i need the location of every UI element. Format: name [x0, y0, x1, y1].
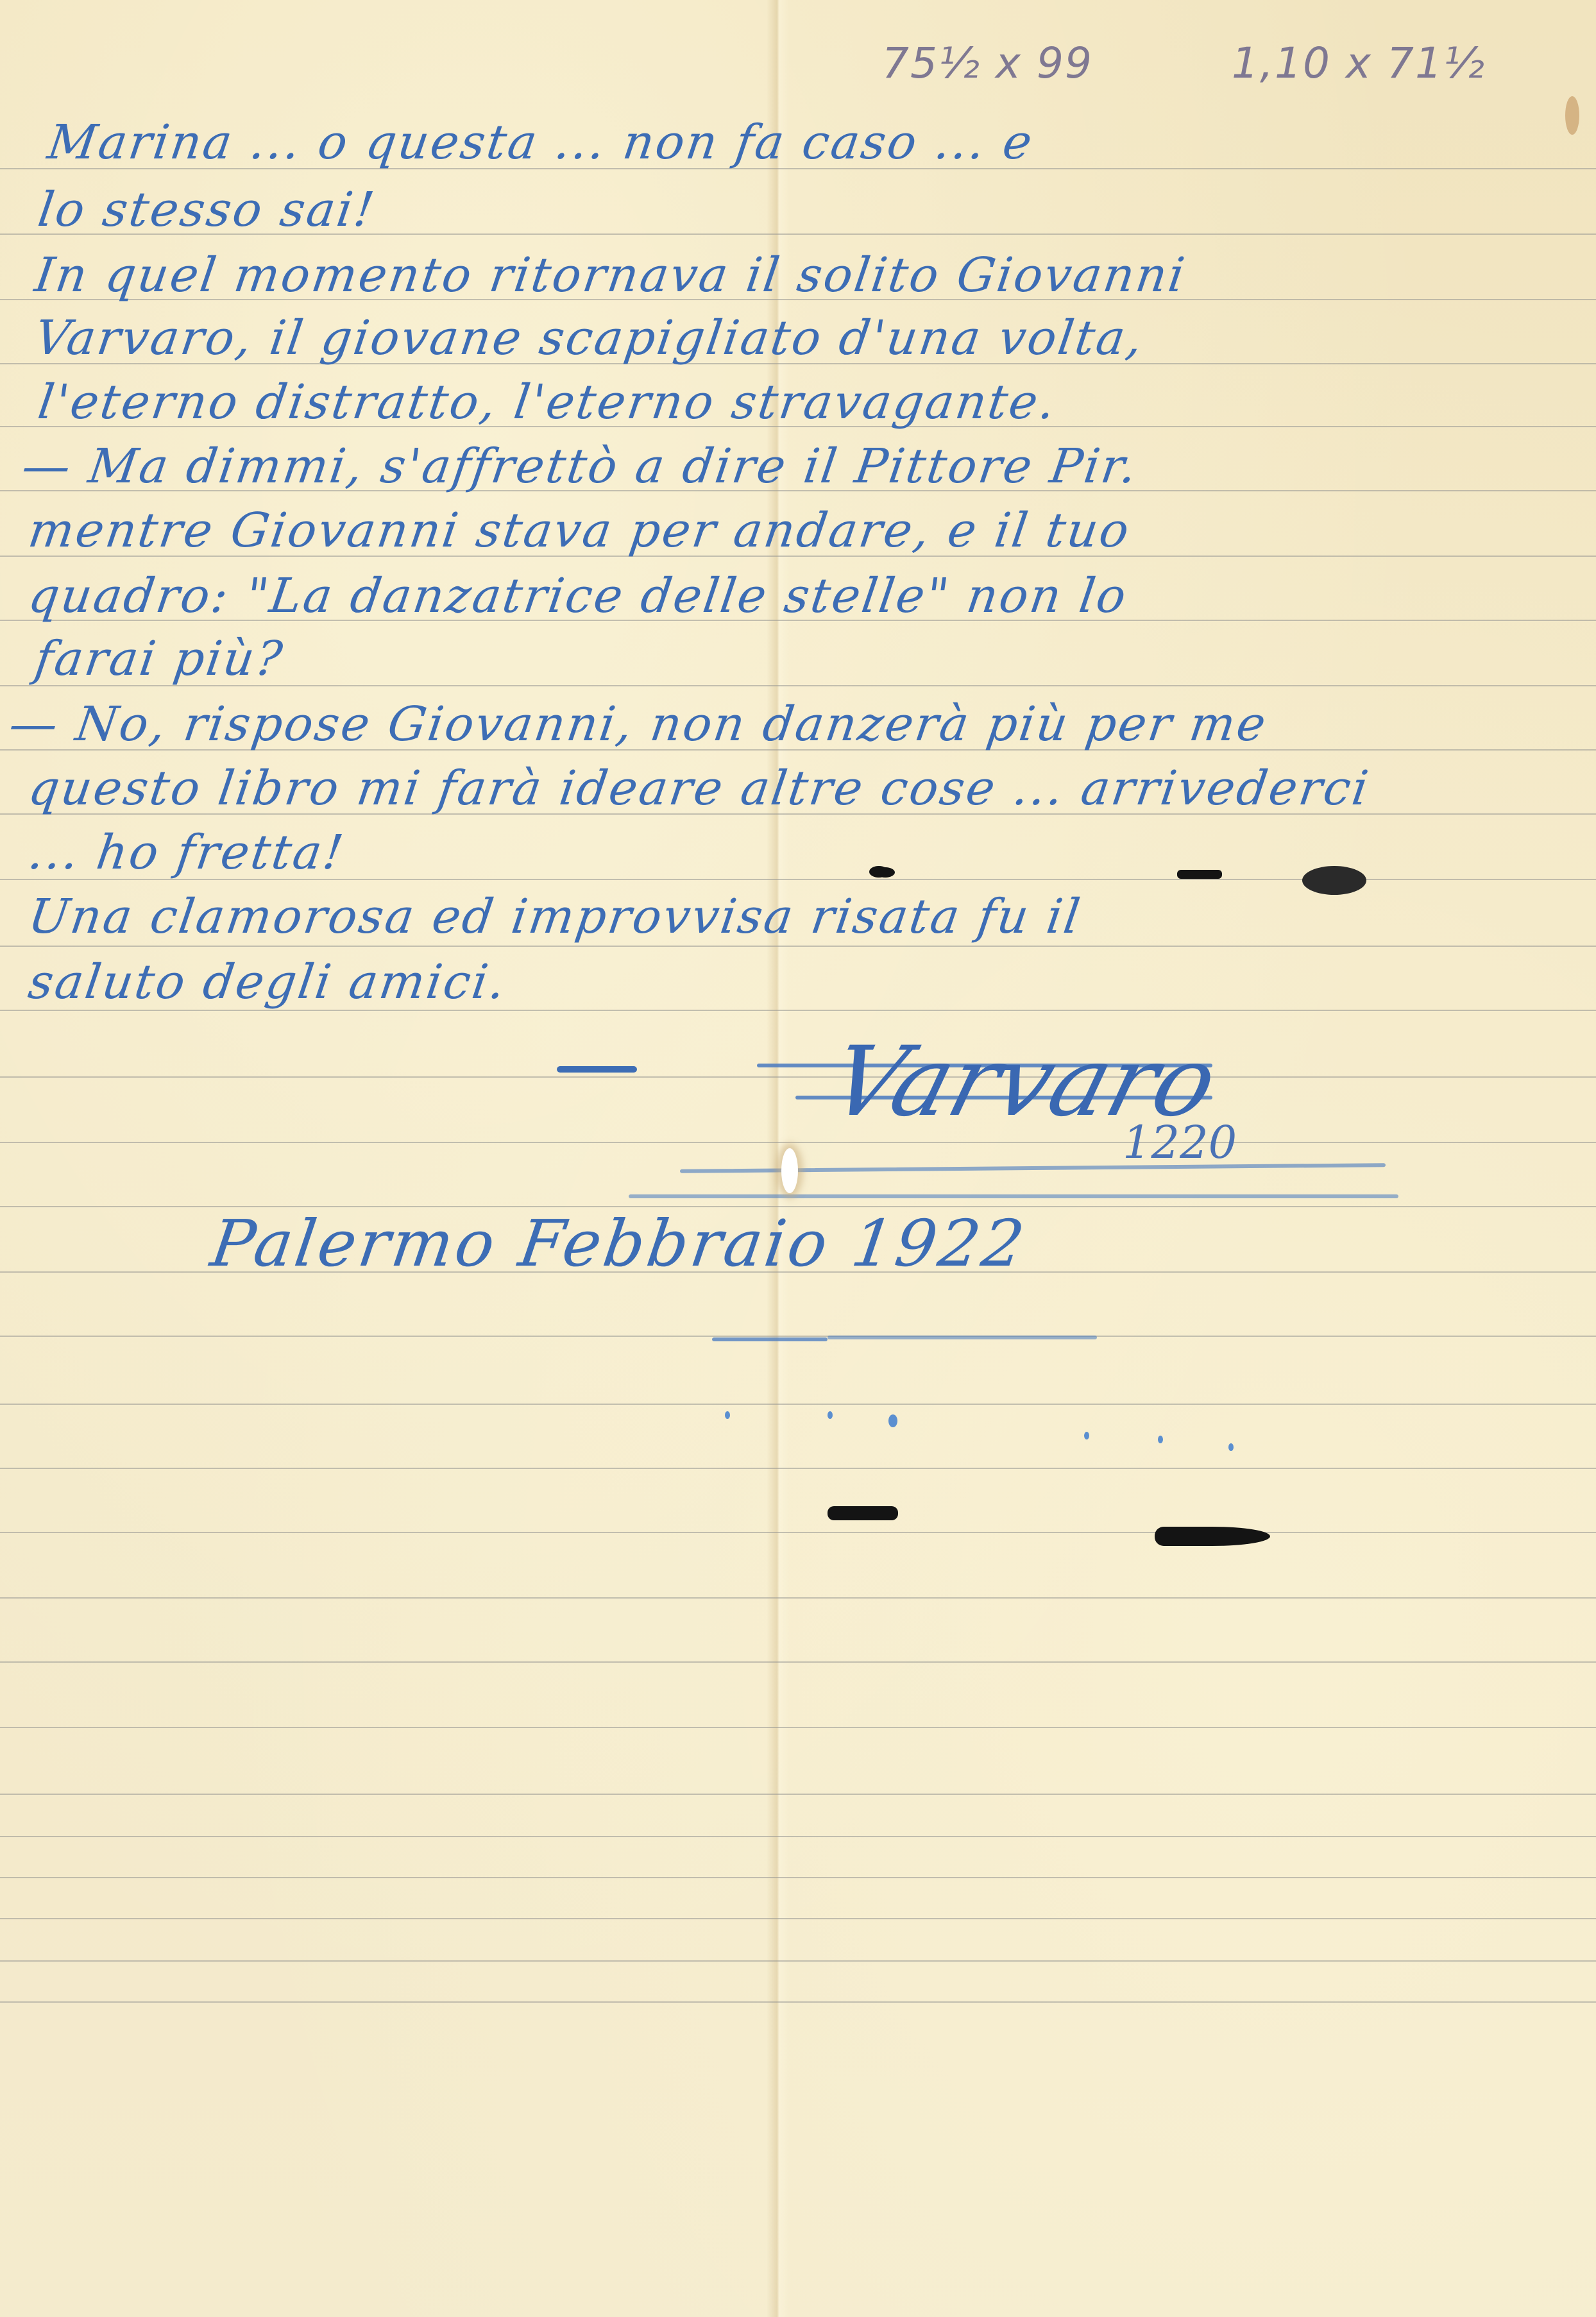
ruled-line	[0, 1877, 1596, 1878]
ink-speckle	[888, 1414, 897, 1427]
signature-suffix: 1220	[1123, 1116, 1237, 1169]
ink-blot	[1177, 870, 1222, 879]
paper-stain	[1565, 96, 1579, 135]
dateline: Palermo Febbraio 1922	[207, 1206, 1031, 1281]
ink-blot	[1155, 1527, 1270, 1546]
ruled-line	[0, 946, 1596, 947]
ruled-line	[0, 1404, 1596, 1405]
ink-speckle	[725, 1411, 730, 1419]
dateline-underline	[712, 1337, 828, 1341]
body-line: — No, rispose Giovanni, non danzerà più …	[6, 700, 1270, 748]
body-line: mentre Giovanni stava per andare, e il t…	[26, 507, 1133, 554]
ruled-line	[0, 1794, 1596, 1795]
ink-speckle	[1158, 1436, 1163, 1443]
ruled-line	[0, 1076, 1596, 1078]
paper-tear-hole	[781, 1148, 798, 1193]
ruled-line	[0, 1010, 1596, 1011]
ruled-line	[0, 1336, 1596, 1337]
body-line: Varvaro, il giovane scapigliato d'una vo…	[32, 314, 1147, 362]
body-line: l'eterno distratto, l'eterno stravagante…	[35, 378, 1060, 426]
body-line: quadro: "La danzatrice delle stelle" non…	[26, 572, 1131, 620]
body-line: Una clamorosa ed improvvisa risata fu il	[26, 893, 1085, 940]
ink-blot	[828, 1506, 898, 1520]
ruled-line	[0, 2001, 1596, 2003]
body-line: questo libro mi farà ideare altre cose .…	[26, 765, 1373, 812]
dateline-underline	[828, 1336, 1097, 1339]
ruled-line	[0, 1836, 1596, 1837]
ink-blot	[876, 867, 895, 878]
body-line: saluto degli amici.	[26, 958, 510, 1006]
ink-blot	[1302, 866, 1366, 895]
ruled-line	[0, 1727, 1596, 1728]
ruled-line	[0, 1142, 1596, 1143]
ink-speckle	[1084, 1432, 1089, 1439]
ruled-line	[0, 1468, 1596, 1469]
closing-dash	[557, 1066, 637, 1073]
letter-page: 75½ x 99 1,10 x 71½ Marina ... o questa …	[0, 0, 1596, 2317]
ink-speckle	[1228, 1443, 1234, 1451]
ruled-line	[0, 1597, 1596, 1599]
body-line: — Ma dimmi, s'affrettò a dire il Pittore…	[19, 443, 1141, 490]
ink-speckle	[828, 1411, 833, 1419]
ruled-line	[0, 1960, 1596, 1962]
body-line: Marina ... o questa ... non fa caso ... …	[45, 119, 1037, 166]
signature-flourish-base	[629, 1194, 1398, 1198]
ruled-line	[0, 1918, 1596, 1919]
ruled-line	[0, 1532, 1596, 1533]
body-line: ... ho fretta!	[26, 829, 348, 876]
pencil-dimension-note-2: 1,10 x 71½	[1232, 38, 1486, 88]
body-line: farai più?	[32, 635, 287, 683]
body-line: lo stesso sai!	[35, 186, 378, 233]
pencil-dimension-note-1: 75½ x 99	[882, 38, 1093, 88]
body-line: In quel momento ritornava il solito Giov…	[32, 251, 1189, 299]
ruled-line	[0, 1661, 1596, 1663]
